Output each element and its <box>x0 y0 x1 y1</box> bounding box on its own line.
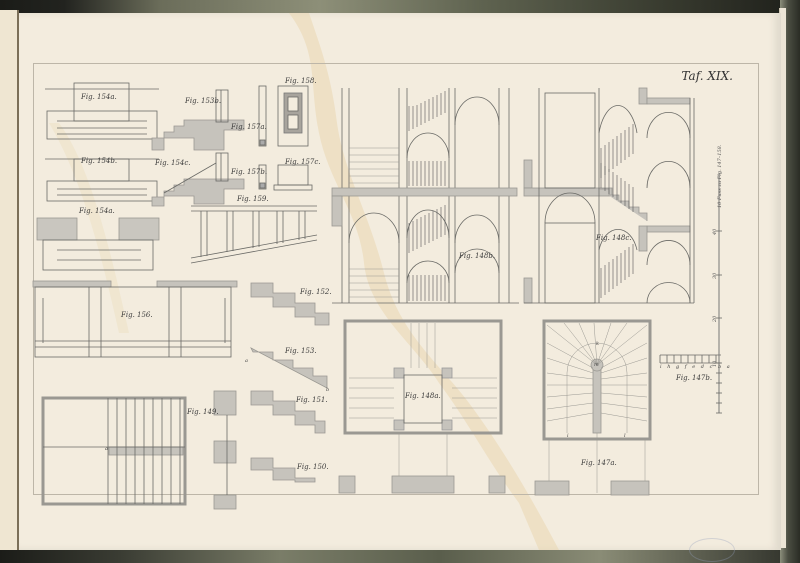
plate-page: Taf. XIX. <box>19 13 781 550</box>
left-page-edge <box>0 10 19 550</box>
fig-153-letter-a: a <box>245 358 250 364</box>
fig-149-letter-a: a <box>105 446 110 452</box>
scale-tick-20: 20 <box>712 316 718 322</box>
fig-148b-drawing <box>332 88 519 303</box>
fig-153-letter-b: b <box>326 387 331 393</box>
fig-label-154b: Fig. 154b. <box>81 157 117 165</box>
scale-tick-30: 30 <box>712 273 718 279</box>
fig-156-drawing <box>33 281 237 357</box>
fig-154a-drawing <box>37 218 159 270</box>
fig-label-152: Fig. 152. <box>300 288 332 296</box>
book-binding-top <box>0 0 800 14</box>
scale-tick-40: 40 <box>712 229 718 235</box>
fig-label-151: Fig. 151. <box>296 396 328 404</box>
fig-147b-letters: i h g f e d c b a <box>660 364 732 370</box>
fig-label-156: Fig. 156. <box>121 311 153 319</box>
fig-label-148a: Fig. 148a. <box>405 392 441 400</box>
fig-label-150: Fig. 150. <box>297 463 329 471</box>
fig-label-149: Fig. 149. <box>187 408 219 416</box>
fig-label-154a: Fig. 154a. <box>79 207 115 215</box>
fig-label-159: Fig. 159. <box>237 195 269 203</box>
fig-label-157b: Fig. 157b. <box>231 168 267 176</box>
fig-148c-drawing <box>524 88 694 303</box>
fig-147a-letter-l: l <box>624 433 628 439</box>
fig-147a-drawing <box>535 321 650 495</box>
fig-label-155a: Fig. 154a. <box>81 93 117 101</box>
fig-label-157c: Fig. 157c. <box>285 158 321 166</box>
fig-label-148b: Fig. 148b. <box>459 252 495 260</box>
fig-label-147a: Fig. 147a. <box>581 459 617 467</box>
fig-147a-letter-i: i <box>567 433 571 439</box>
fig-159-drawing <box>191 206 317 263</box>
fig-147a-letter-m: m <box>594 362 601 368</box>
library-stamp <box>689 538 735 562</box>
fig-150-153-drawings <box>251 283 329 482</box>
scale-tick-10: 10 <box>712 361 718 367</box>
fig-label-153: Fig. 153. <box>285 347 317 355</box>
fig-label-153b: Fig. 153b. <box>185 97 221 105</box>
scale-bar-drawing <box>716 173 722 413</box>
plate-drawings <box>19 13 781 550</box>
fig-148a-drawing <box>339 321 505 493</box>
fig-label-147b: Fig. 147b. <box>676 374 712 382</box>
fig-label-154c: Fig. 154c. <box>155 159 191 167</box>
fig-label-148c: Fig. 148c. <box>596 234 632 242</box>
scale-caption: 10 Fuss zu Fig. 147–158. <box>717 145 723 208</box>
fig-label-158: Fig. 158. <box>285 77 317 85</box>
fig-147a-letter-k: k <box>596 341 601 347</box>
fig-label-157a: Fig. 157a. <box>231 123 267 131</box>
